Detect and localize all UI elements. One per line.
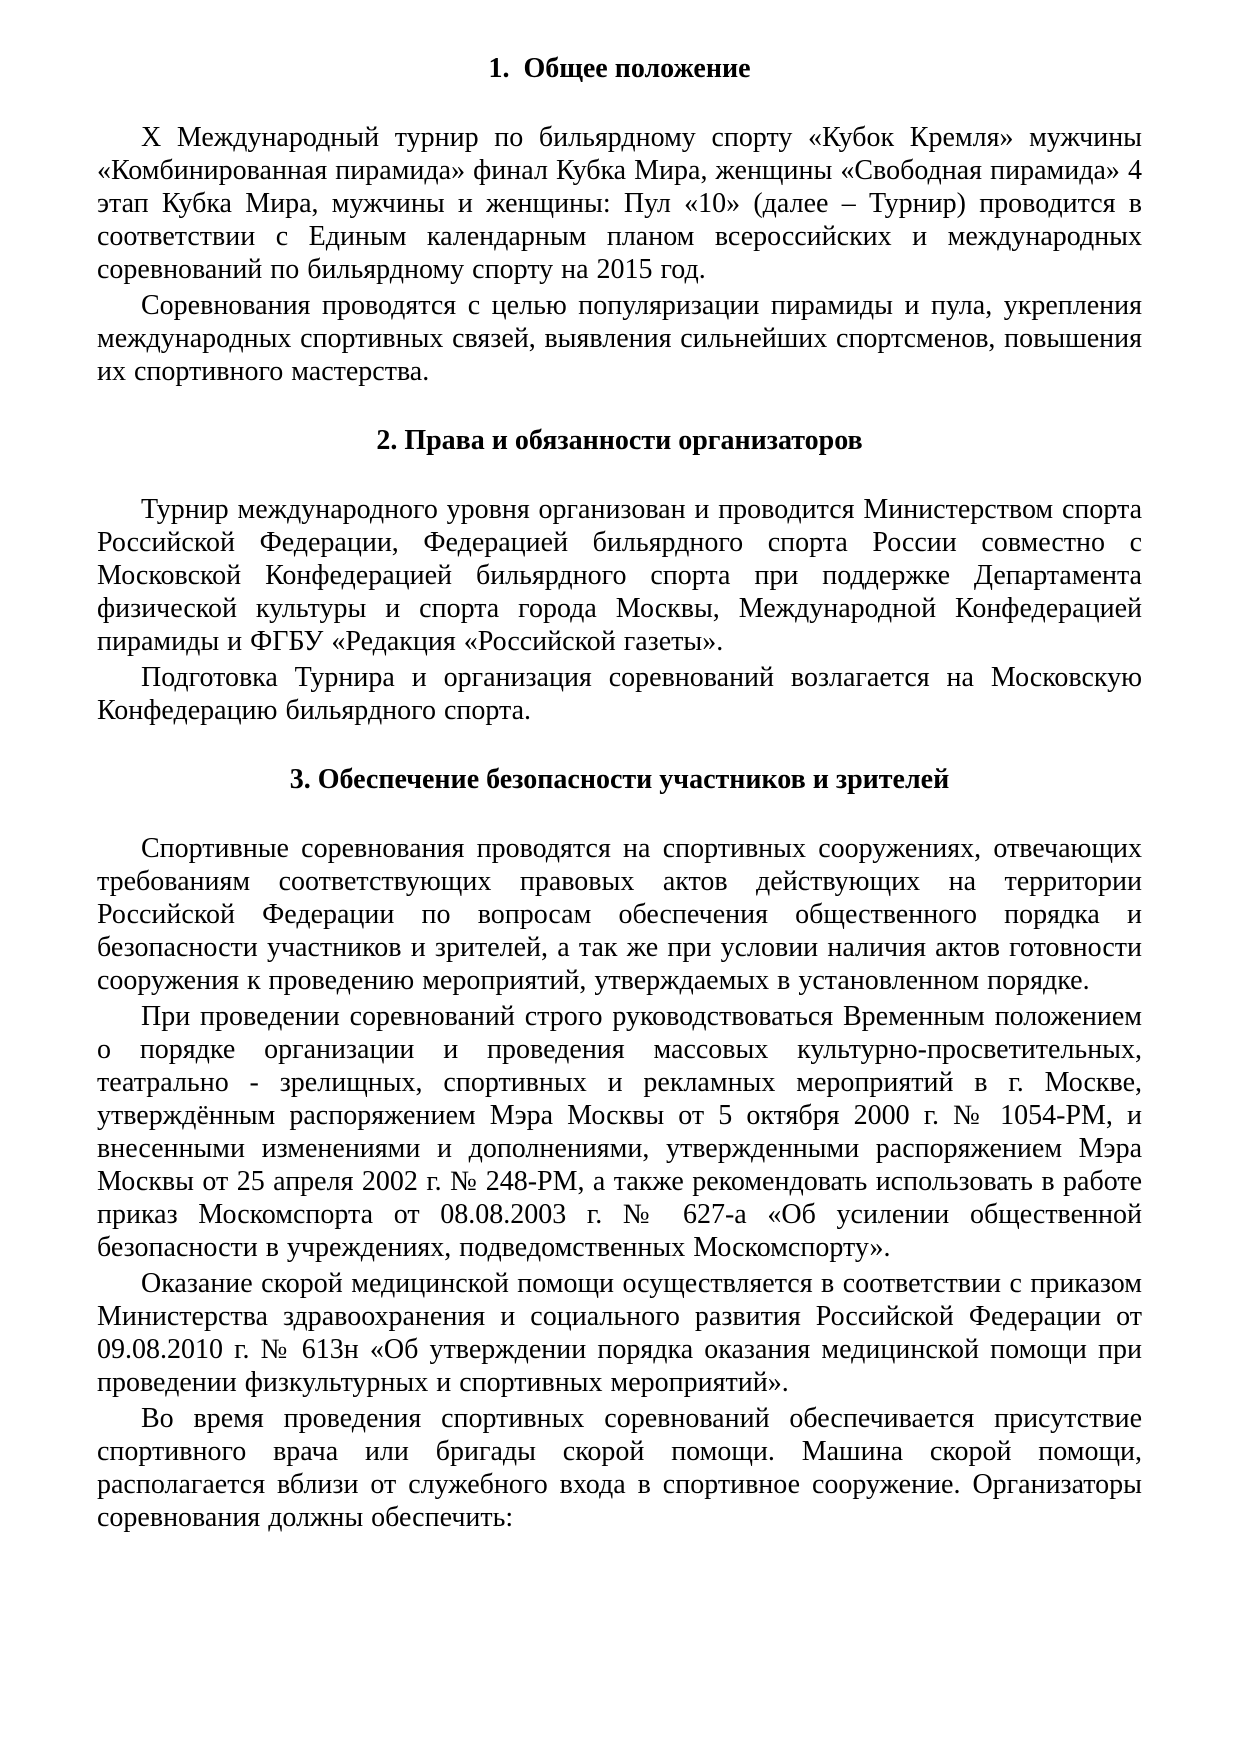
section-3-paragraph-1: Спортивные соревнования проводятся на сп… <box>97 832 1142 997</box>
section-2-heading: 2. Права и обязанности организаторов <box>97 424 1142 457</box>
section-1-paragraph-2: Соревнования проводятся с целью популяри… <box>97 289 1142 388</box>
section-1-heading: 1. Общее положение <box>97 52 1142 85</box>
section-2-paragraph-1: Турнир международного уровня организован… <box>97 493 1142 658</box>
section-3-paragraph-2: При проведении соревнований строго руков… <box>97 1000 1142 1264</box>
section-3-paragraph-4: Во время проведения спортивных соревнова… <box>97 1402 1142 1534</box>
document-page: 1. Общее положение Х Международный турни… <box>0 0 1239 1752</box>
section-2-paragraph-2: Подготовка Турнира и организация соревно… <box>97 661 1142 727</box>
section-3-paragraph-3: Оказание скорой медицинской помощи осуще… <box>97 1267 1142 1399</box>
section-1-paragraph-1: Х Международный турнир по бильярдному сп… <box>97 121 1142 286</box>
section-3-heading: 3. Обеспечение безопасности участников и… <box>97 763 1142 796</box>
